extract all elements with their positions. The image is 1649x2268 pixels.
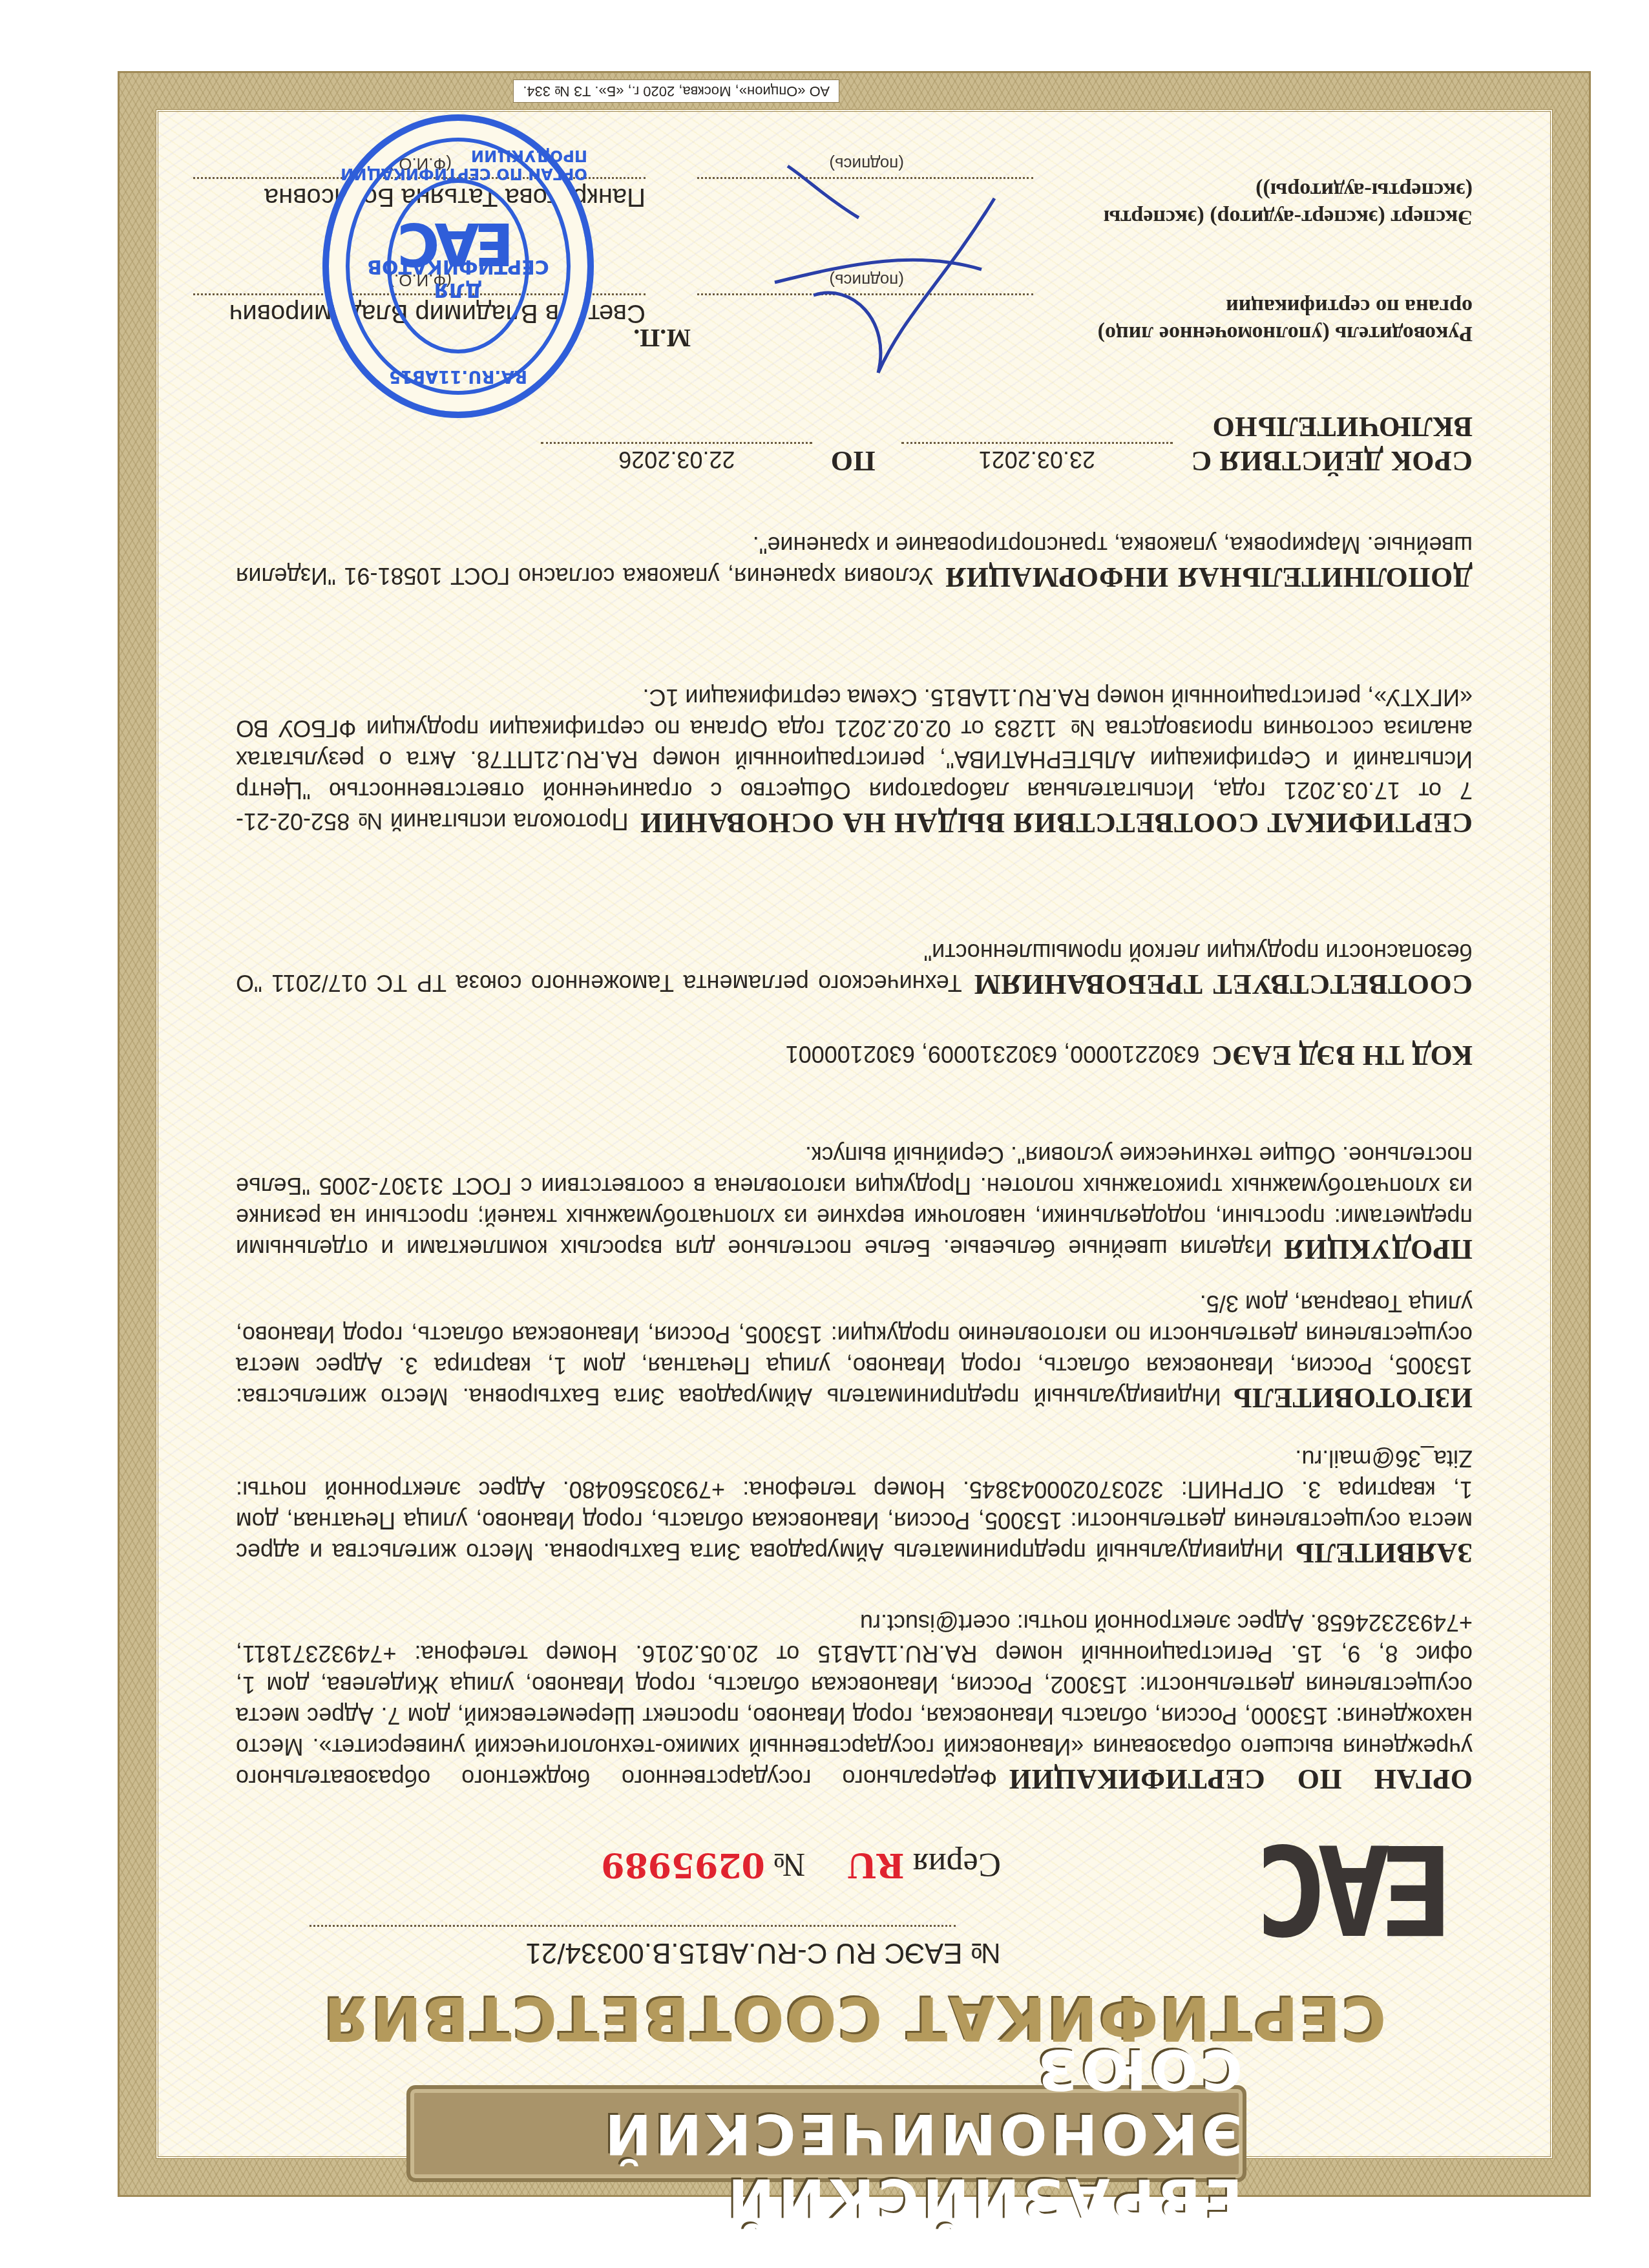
stamp-inner-text: ОРГАН ПО СЕРТИФИКАЦИИ ПРОДУКЦИИ [329,147,587,183]
certificate-body: ЕВРАЗИЙСКИЙ ЭКОНОМИЧЕСКИЙ СОЮЗ СЕРТИФИКА… [156,109,1553,2159]
guilloche-border: ЕВРАЗИЙСКИЙ ЭКОНОМИЧЕСКИЙ СОЮЗ СЕРТИФИКА… [118,71,1591,2197]
head-label: Руководитель (уполномоченное лицо) орган… [1059,293,1473,347]
serial-label: Серия [913,1846,1001,1883]
section-heading: ПРОДУКЦИЯ [1283,1234,1473,1265]
serial-block: Серия RU № 0295989 [601,1845,1001,1885]
section-validity: СРОК ДЕЙСТВИЯ С 23.03.2021 ПО 22.03.2026… [236,410,1473,476]
section-certification-body: ОРГАН ПО СЕРТИФИКАЦИИФедерального госуда… [236,1607,1473,1794]
certificate-sheet: ЕВРАЗИЙСКИЙ ЭКОНОМИЧЕСКИЙ СОЮЗ СЕРТИФИКА… [0,0,1649,2268]
stamp-inner-ring [387,179,529,353]
validity-inclusive: ВКЛЮЧИТЕЛЬНО [1212,411,1473,443]
section-manufacturer: ИЗГОТОВИТЕЛЬИндивидуальный предпринимате… [236,1288,1473,1413]
section-text: Индивидуальный предприниматель Аймурадов… [236,1445,1473,1565]
certification-stamp: RA.RU.11АВ15 ДЛЯ СЕРТИФИКАТОВ ЕАС ОРГАН … [322,114,594,418]
section-applicant: ЗАЯВИТЕЛЬИндивидуальный предприниматель … [236,1443,1473,1568]
section-heading: ИЗГОТОВИТЕЛЬ [1233,1382,1473,1414]
expert-label: Эксперт (эксперт-аудитор) (эксперты (экс… [1059,176,1473,231]
eac-logo-icon: ЕАС [1330,1814,1453,1962]
section-heading: КОД ТН ВЭД ЕАЭС [1211,1040,1473,1071]
registration-number: № ЕАЭС RU C-RU.АВ15.В.00334/21 [525,1937,1001,1969]
section-conforms: СООТВЕТСТВУЕТ ТРЕБОВАНИЯМТехнического ре… [236,936,1473,1000]
seal-mark: М.П. [633,323,691,353]
section-heading: ДОПОЛНИТЕЛЬНАЯ ИНФОРМАЦИЯ [945,562,1473,593]
valid-to-label: ПО [830,445,875,477]
section-product: ПРОДУКЦИЯИзделия швейные бельевые. Белье… [236,1139,1473,1265]
section-basis: СЕРТИФИКАТ СООТВЕТСТВИЯ ВЫДАН НА ОСНОВАН… [236,682,1473,838]
serial-no-label: № [773,1846,806,1883]
handwritten-signature-icon [749,140,1020,412]
union-banner: ЕВРАЗИЙСКИЙ ЭКОНОМИЧЕСКИЙ СОЮЗ [406,2085,1246,2182]
section-heading: СООТВЕТСТВУЕТ ТРЕБОВАНИЯМ [974,969,1473,1000]
section-heading: ЗАЯВИТЕЛЬ [1295,1537,1473,1569]
valid-from: 23.03.2021 [901,442,1173,475]
printer-note: АО «Опцион», Москва, 2020 г., «Б». ТЗ № … [513,79,839,103]
serial-series: RU [847,1845,905,1885]
stamp-reg-number: RA.RU.11АВ15 [389,366,527,386]
section-heading: ОРГАН ПО СЕРТИФИКАЦИИ [1009,1763,1473,1795]
serial-number: 0295989 [601,1845,764,1885]
validity-heading: СРОК ДЕЙСТВИЯ С [1191,445,1473,477]
union-banner-text: ЕВРАЗИЙСКИЙ ЭКОНОМИЧЕСКИЙ СОЮЗ [410,2037,1243,2231]
certificate-title: СЕРТИФИКАТ СООТВЕТСТВИЯ [158,1984,1550,2053]
section-text: 6302210000, 6302310009, 6302100001 [786,1041,1200,1067]
registration-underline [310,1925,956,1927]
section-additional: ДОПОЛНИТЕЛЬНАЯ ИНФОРМАЦИЯУсловия хранени… [236,529,1473,593]
section-heading: СЕРТИФИКАТ СООТВЕТСТВИЯ ВЫДАН НА ОСНОВАН… [640,807,1473,839]
section-hs-code: КОД ТН ВЭД ЕАЭС6302210000, 6302310009, 6… [236,1038,1473,1071]
valid-to: 22.03.2026 [541,442,812,475]
